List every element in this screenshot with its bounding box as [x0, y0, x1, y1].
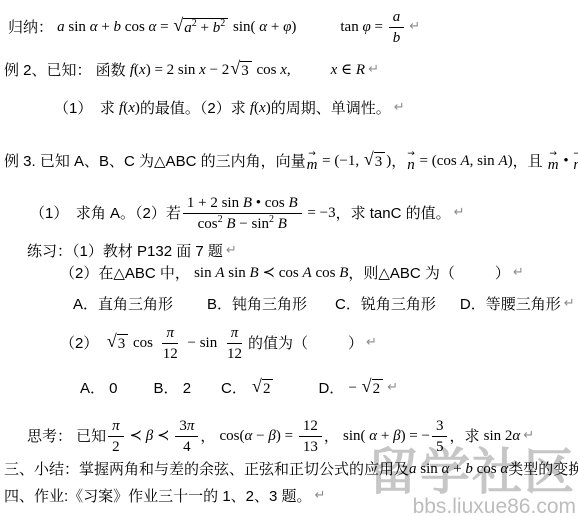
math-upright-text: − [348, 379, 360, 399]
math-variable: φ [283, 18, 291, 38]
chinese-text: 三、小结：掌握两角和与差的余弦、正弦和正切公式的应用及 [4, 460, 409, 480]
math-upright-text: − sin [184, 334, 221, 354]
math-upright-text: + [197, 20, 213, 36]
chinese-text: ，则△ABC 为（ [348, 264, 455, 284]
math-upright-text: 3 [118, 336, 126, 352]
fraction: 1 + 2 sin B • cos Bcos2 B − sin2 B [183, 194, 302, 233]
math-upright-text: ≺ [259, 264, 279, 284]
math-upright-text: 13 [303, 439, 318, 455]
watermark-url: bbs.liuxue86.com [368, 496, 576, 517]
math-upright-text: , sin [470, 152, 499, 172]
spacer [436, 304, 460, 305]
fraction: 1213 [299, 417, 322, 456]
fraction: π2 [108, 417, 124, 456]
math-upright-text: ∈ [337, 61, 356, 81]
fraction-denominator: 4 [179, 437, 195, 456]
paragraph-mark-icon: ↵ [394, 100, 405, 117]
math-variable: α [500, 460, 508, 480]
radicand: 3 [117, 334, 129, 353]
choices-value-line: A． 0B． 2C． √2D． − √2↵ [80, 379, 398, 399]
math-variable: B [250, 264, 259, 284]
paragraph-mark-icon: ↵ [366, 335, 377, 352]
math-upright-text: 2 [112, 439, 120, 455]
chinese-text: （2） [60, 334, 106, 354]
example2-questions-line: （1） 求 f(x)的最值。（2）求 f(x)的周期、单调性。↵ [54, 99, 405, 119]
math-variable: B [243, 195, 252, 211]
example2-line: 例 2、已知： 函数 f(x) = 2 sin x − 2√3 cos x,x … [4, 61, 379, 81]
chinese-text: C．锐角三角形 [335, 295, 436, 315]
radical-sign-icon: √ [107, 332, 117, 350]
fraction: 3π4 [175, 417, 198, 456]
chinese-text: 思考： 已知 [27, 427, 106, 447]
math-upright-text: cos [473, 460, 501, 480]
math-upright-text: sin( [229, 18, 259, 38]
square-root: √3 [364, 152, 385, 171]
paragraph-mark-icon: ↵ [387, 380, 398, 397]
math-variable: β [268, 427, 275, 447]
practice-line: 练习：（1）教材 P132 面 7 题↵ [27, 242, 237, 262]
math-upright-text: 12 [163, 346, 178, 362]
math-upright-text: • [560, 152, 573, 172]
math-upright-text: + [267, 18, 283, 38]
fraction-numerator: π [108, 417, 124, 437]
math-upright-text: = −3 [304, 204, 336, 224]
math-variable: α [149, 18, 157, 38]
math-variable: α [369, 427, 377, 447]
vector-symbol: →m [307, 150, 318, 174]
chinese-text: B． 2 [154, 379, 192, 399]
math-upright-text: sin [65, 18, 90, 38]
fraction-denominator: 13 [299, 437, 322, 456]
paragraph-mark-icon: ↵ [513, 265, 524, 282]
radical-sign-icon: √ [173, 16, 183, 34]
fraction-denominator: 5 [432, 437, 448, 456]
section4-homework-line: 四、作业:《习案》作业三十一的 1、2、3 题。↵ [4, 487, 325, 507]
math-upright-text: cos [312, 264, 340, 284]
chinese-text: C． [221, 379, 251, 399]
square-root: √3 [230, 61, 251, 80]
section3-summary-line: 三、小结：掌握两角和与差的余弦、正弦和正切公式的应用及a sin α + b c… [4, 460, 578, 480]
math-variable: A [215, 264, 224, 284]
math-variable: α [245, 427, 253, 447]
chinese-text: 归纳： [8, 18, 57, 38]
chinese-text: （2）在△ABC 中， [60, 264, 194, 284]
math-upright-text: 4 [183, 439, 191, 455]
chinese-text: 类型的变换 [508, 460, 578, 480]
math-upright-text: + [377, 427, 393, 447]
superscript: 2 [220, 18, 225, 29]
vector-letter: m [307, 158, 318, 174]
vector-symbol: →n [407, 150, 415, 174]
example3-questions-line: （1） 求角 A。（2）若1 + 2 sin B • cos Bcos2 B −… [30, 194, 465, 233]
math-variable: B [274, 216, 287, 232]
math-variable: β [393, 427, 400, 447]
fraction-numerator: 3π [175, 417, 198, 437]
math-upright-text: 12 [227, 346, 242, 362]
math-upright-text: = [371, 18, 387, 38]
chinese-text: ， [391, 152, 406, 172]
math-variable: x [259, 99, 266, 119]
square-root: √3 [107, 334, 128, 353]
fraction-numerator: π [162, 324, 178, 344]
spacer [455, 273, 495, 274]
math-variable: a [184, 20, 192, 36]
math-variable: R [356, 61, 365, 81]
chinese-text: 的值为（ [248, 334, 308, 354]
math-upright-text: 12 [303, 418, 318, 434]
math-variable: a [57, 18, 65, 38]
fraction: ab [389, 8, 405, 47]
math-variable: A [461, 152, 470, 172]
math-upright-text: − [252, 427, 268, 447]
radical-sign-icon: √ [364, 150, 374, 168]
math-variable: x [199, 61, 206, 81]
fraction-denominator: cos2 B − sin2 B [194, 214, 291, 233]
math-variable: A [498, 152, 507, 172]
spacer [307, 304, 335, 305]
math-variable: φ [362, 18, 370, 38]
fraction: 35 [432, 417, 448, 456]
chinese-text: 的周期、单调性。 [271, 99, 391, 119]
math-upright-text: 1 + 2 sin [187, 195, 243, 211]
math-upright-text: cos [121, 18, 149, 38]
chinese-text: （1） 求角 A。（2）若 [30, 204, 181, 224]
chinese-text: ） [495, 264, 510, 284]
math-upright-text: sin [225, 264, 250, 284]
chinese-text: A．直角三角形 [73, 295, 173, 315]
math-variable: α [259, 18, 267, 38]
radical-sign-icon: √ [230, 59, 240, 77]
math-upright-text: cos( [220, 427, 245, 447]
paragraph-mark-icon: ↵ [454, 205, 465, 222]
fraction: π12 [223, 324, 246, 363]
spacer [308, 343, 348, 344]
math-variable: π [112, 418, 120, 434]
radicand: a2 + b2 [183, 18, 228, 37]
math-variable: a [409, 460, 417, 480]
vector-letter: m [548, 158, 559, 174]
paragraph-mark-icon: ↵ [226, 243, 237, 260]
math-upright-text: 5 [436, 439, 444, 455]
math-variable: x [128, 99, 135, 119]
math-variable: a [393, 9, 401, 25]
paragraph-mark-icon: ↵ [523, 428, 534, 445]
chinese-text: D． [318, 379, 348, 399]
chinese-text: ，求 [449, 427, 483, 447]
spacer [191, 388, 221, 389]
math-variable: π [166, 325, 174, 341]
fraction: π12 [159, 324, 182, 363]
fraction-numerator: 12 [299, 417, 322, 437]
vector-symbol: →n [573, 150, 578, 174]
math-upright-text: 3 [375, 154, 383, 170]
chinese-text: 例 3. 已知 A、B、C 为△ABC 的三内角，向量 [4, 152, 306, 172]
math-upright-text: 3 [179, 418, 187, 434]
math-upright-text: 3 [436, 418, 444, 434]
math-upright-text: cos [198, 216, 218, 232]
math-variable: B [289, 195, 298, 211]
math-variable: b [393, 30, 401, 46]
math-upright-text: ) = 2 sin [146, 61, 199, 81]
math-variable: π [231, 325, 239, 341]
fraction-denominator: b [389, 28, 405, 47]
spacer [274, 388, 318, 389]
spacer [173, 304, 207, 305]
math-upright-text: − 2 [206, 61, 229, 81]
math-upright-text: ) = − [401, 427, 430, 447]
spacer [291, 70, 331, 71]
radicand: 2 [372, 379, 384, 398]
paragraph-mark-icon: ↵ [315, 488, 326, 505]
radicand: 3 [374, 152, 386, 171]
math-variable: B [339, 264, 348, 284]
chinese-text: ， [324, 427, 343, 447]
math-variable: x [331, 61, 338, 81]
chinese-text: 的最值。（2）求 [140, 99, 250, 119]
math-upright-text: + [449, 460, 465, 480]
chinese-text: A． 0 [80, 379, 118, 399]
math-upright-text: ≺ [153, 427, 173, 447]
chinese-text: ，求 tanC 的值。 [336, 204, 451, 224]
choices-triangle-line: A．直角三角形B．钝角三角形C．锐角三角形D．等腰三角形↵ [73, 295, 575, 315]
radical-sign-icon: √ [252, 377, 262, 395]
chinese-text: D．等腰三角形 [460, 295, 561, 315]
spacer [296, 27, 340, 28]
fraction-numerator: 3 [432, 417, 448, 437]
math-upright-text: sin [417, 460, 442, 480]
fraction-numerator: a [389, 8, 405, 28]
math-upright-text: sin 2 [484, 427, 513, 447]
example3-line: 例 3. 已知 A、B、C 为△ABC 的三内角，向量→m = (−1, √3)… [4, 150, 578, 174]
radical-sign-icon: √ [362, 377, 372, 395]
fraction-denominator: 12 [223, 344, 246, 363]
math-upright-text: tan [340, 18, 362, 38]
thinking-line: 思考： 已知π2 ≺ β ≺ 3π4， cos(α − β) = 1213， s… [27, 417, 534, 456]
square-root: √a2 + b2 [173, 18, 228, 37]
math-variable: B [223, 216, 236, 232]
radicand: 3 [240, 61, 252, 80]
math-variable: x [280, 61, 287, 81]
paragraph-mark-icon: ↵ [368, 62, 379, 79]
chinese-text: ，且 [513, 152, 547, 172]
math-variable: α [512, 427, 520, 447]
math-upright-text: • cos [252, 195, 289, 211]
chinese-text: ） [348, 334, 363, 354]
chinese-text: 例 2、已知： 函数 [4, 61, 130, 81]
math-variable: x [139, 61, 146, 81]
summary-formula-line: 归纳： a sin α + b cos α = √a2 + b2 sin( α … [8, 8, 420, 47]
math-upright-text: = [156, 18, 172, 38]
math-variable: α [90, 18, 98, 38]
fraction-numerator: 1 + 2 sin B • cos B [183, 194, 302, 214]
math-upright-text: = (cos [416, 152, 461, 172]
practice-q2b-line: （2） √3 cos π12 − sin π12的值为（）↵ [60, 324, 377, 363]
math-upright-text: cos [129, 334, 157, 354]
math-variable: b [114, 18, 122, 38]
math-variable: β [146, 427, 153, 447]
vector-symbol: →m [548, 150, 559, 174]
math-upright-text: = (−1, [318, 152, 362, 172]
practice-q2-line: （2）在△ABC 中， sin A sin B ≺ cos A cos B，则△… [60, 264, 524, 284]
fraction-denominator: 12 [159, 344, 182, 363]
vector-letter: n [407, 158, 415, 174]
paragraph-mark-icon: ↵ [564, 296, 575, 313]
math-upright-text: cos [253, 61, 281, 81]
vector-letter: n [573, 158, 578, 174]
math-variable: α [442, 460, 450, 480]
chinese-text: （1） 求 [54, 99, 119, 119]
watermark: 留学社区 bbs.liuxue86.com [368, 449, 576, 517]
math-upright-text: − sin [236, 216, 269, 232]
math-upright-text: + [98, 18, 114, 38]
math-upright-text: 3 [241, 63, 249, 79]
chinese-text: 练习：（1）教材 P132 面 7 题 [27, 242, 223, 262]
math-upright-text: 2 [263, 381, 271, 397]
math-upright-text: ) = [276, 427, 297, 447]
math-upright-text: sin( [343, 427, 369, 447]
fraction-denominator: 2 [108, 437, 124, 456]
math-upright-text: ≺ [126, 427, 146, 447]
document-page: 归纳： a sin α + b cos α = √a2 + b2 sin( α … [0, 0, 578, 517]
math-upright-text: cos [279, 264, 303, 284]
square-root: √2 [362, 379, 383, 398]
math-upright-text: 2 [373, 381, 381, 397]
square-root: √2 [252, 379, 273, 398]
math-variable: A [303, 264, 312, 284]
chinese-text: ， [200, 427, 219, 447]
math-variable: π [187, 418, 195, 434]
spacer [118, 388, 154, 389]
chinese-text: B．钝角三角形 [207, 295, 307, 315]
fraction-numerator: π [227, 324, 243, 344]
math-upright-text: sin [194, 264, 215, 284]
paragraph-mark-icon: ↵ [409, 19, 420, 36]
radicand: 2 [262, 379, 274, 398]
chinese-text: 四、作业:《习案》作业三十一的 1、2、3 题。 [4, 487, 312, 507]
math-variable: b [465, 460, 473, 480]
